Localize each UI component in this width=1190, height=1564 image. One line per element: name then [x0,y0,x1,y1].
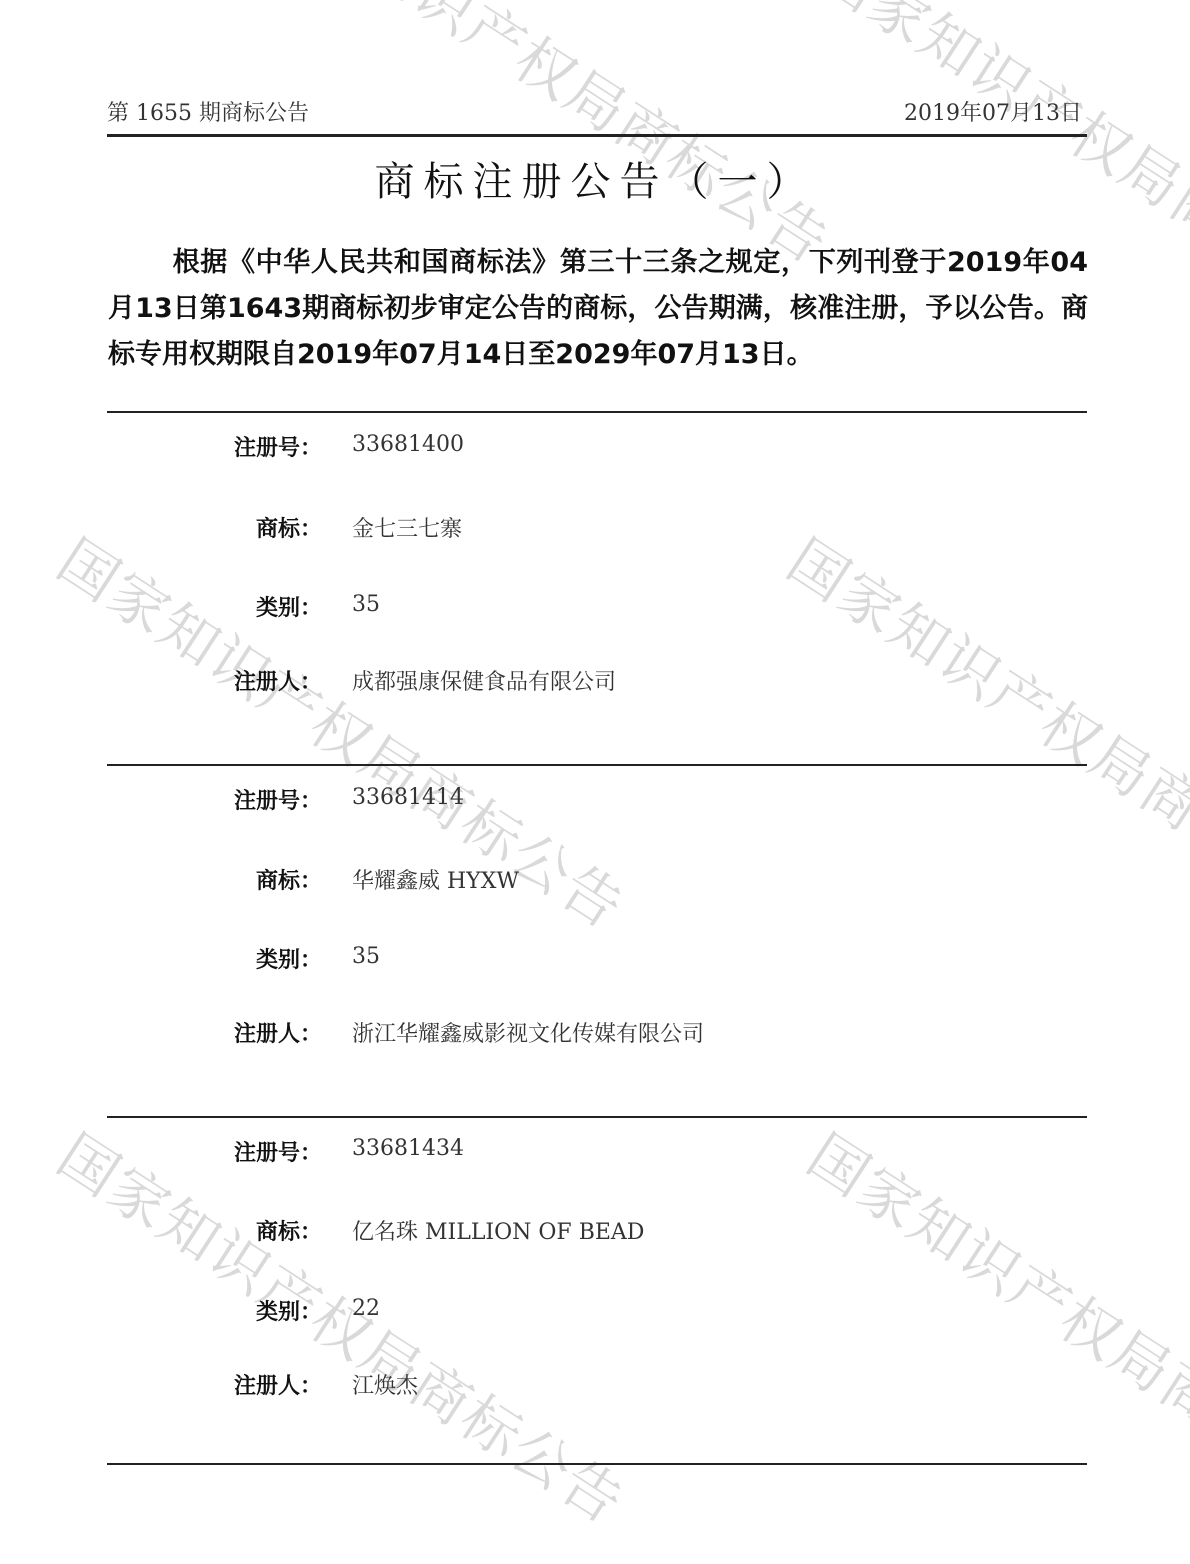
reg-no-value: 33681400 [352,432,464,457]
mark-label: 商标： [232,1215,322,1246]
section-divider [107,1116,1087,1118]
section-divider [107,1463,1087,1465]
reg-no-value: 33681434 [352,1136,464,1161]
section-divider [107,411,1087,413]
registrant-value: 江焕杰 [352,1369,418,1400]
class-value: 35 [352,944,380,969]
class-label: 类别： [232,591,322,622]
mark-value: 华耀鑫威 HYXW [352,864,519,895]
reg-no-label: 注册号： [232,784,322,815]
mark-label: 商标： [232,512,322,543]
document-page: 第 1655 期商标公告 2019年07月13日 商标注册公告（一） 根据《中华… [0,0,1190,1564]
class-label: 类别： [232,1295,322,1326]
reg-no-label: 注册号： [232,1136,322,1167]
registrant-label: 注册人： [232,1369,322,1400]
mark-value: 金七三七寨 [352,512,462,543]
registrant-value: 成都强康保健食品有限公司 [352,665,616,696]
intro-text: 根据《中华人民共和国商标法》第三十三条之规定，下列刊登于2019年04月13日第… [108,247,1088,370]
reg-no-label: 注册号： [232,431,322,462]
registrant-label: 注册人： [232,1017,322,1048]
issue-number: 第 1655 期商标公告 [107,96,309,127]
class-value: 22 [352,1296,380,1321]
registrant-value: 浙江华耀鑫威影视文化传媒有限公司 [352,1017,704,1048]
header-divider [107,134,1087,137]
intro-paragraph: 根据《中华人民共和国商标法》第三十三条之规定，下列刊登于2019年04月13日第… [108,240,1088,378]
mark-label: 商标： [232,864,322,895]
mark-value: 亿名珠 MILLION OF BEAD [352,1215,644,1246]
class-label: 类别： [232,943,322,974]
class-value: 35 [352,592,380,617]
section-divider [107,764,1087,766]
registrant-label: 注册人： [232,665,322,696]
page-title: 商标注册公告（一） [0,150,1190,207]
publication-date: 2019年07月13日 [904,96,1082,127]
reg-no-value: 33681414 [352,785,464,810]
